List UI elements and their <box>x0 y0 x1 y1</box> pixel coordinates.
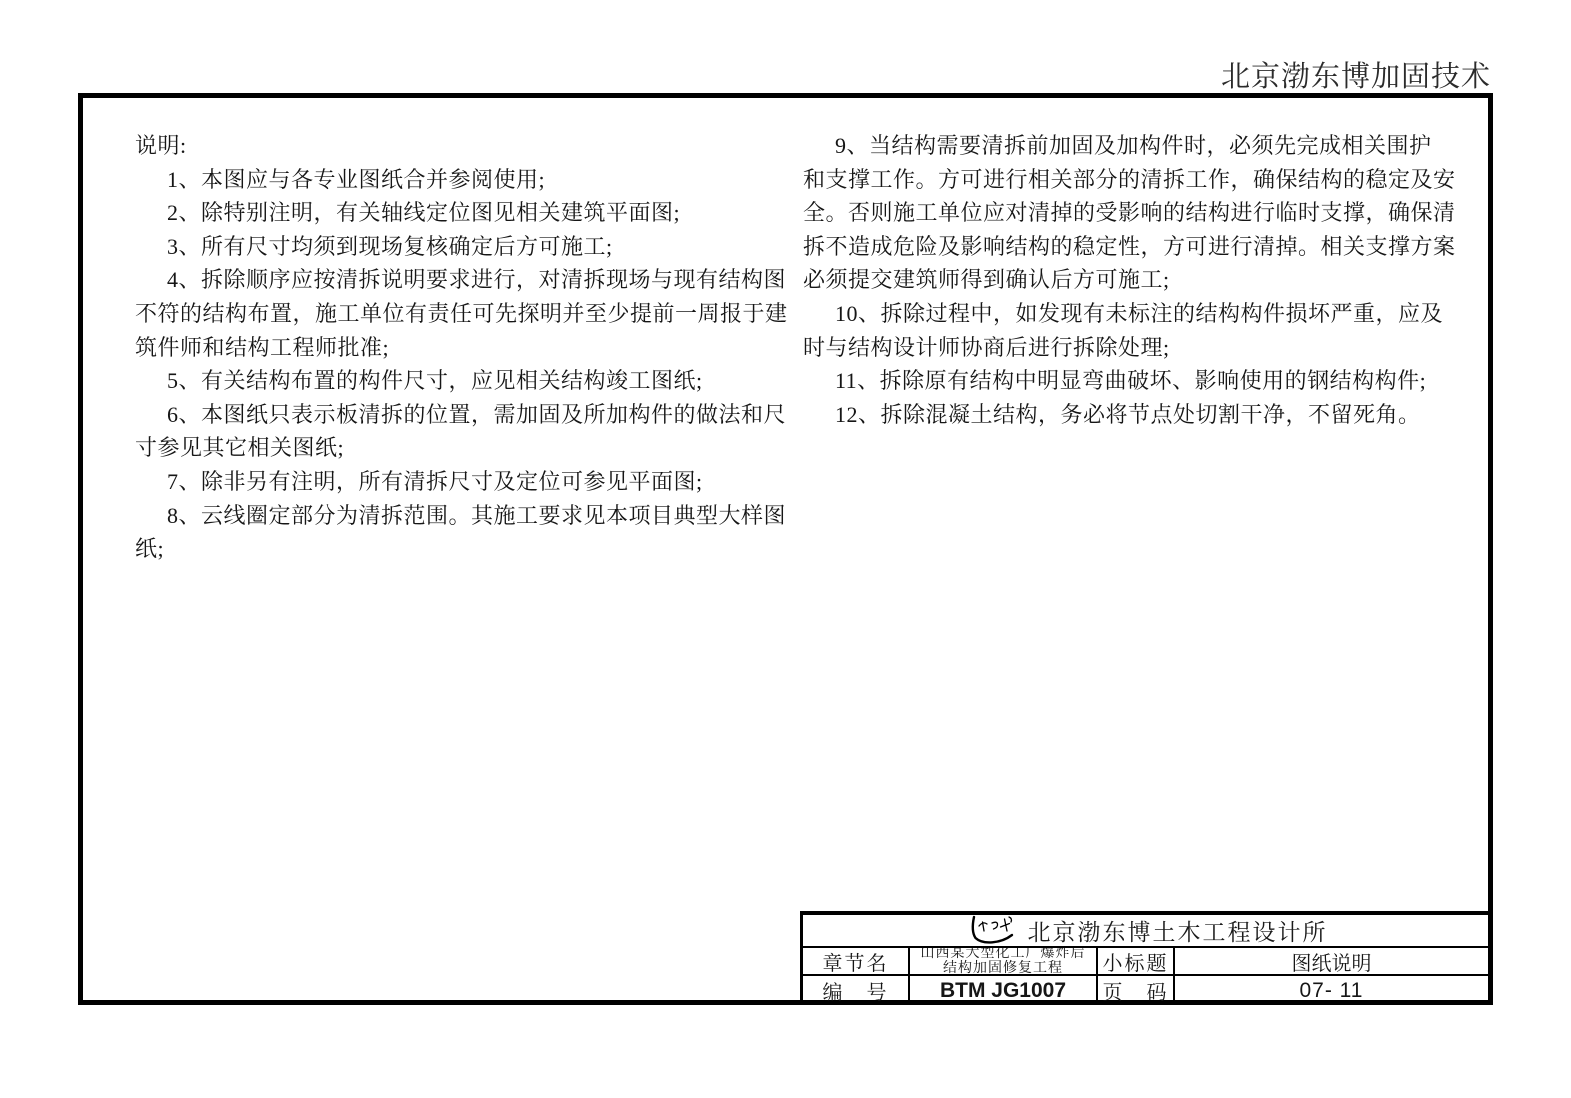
notes-left-column: 说明: 1、本图应与各专业图纸合并参阅使用; 2、除特别注明，有关轴线定位图见相… <box>135 129 775 566</box>
note-line: 筑件师和结构工程师批准; <box>135 331 775 365</box>
company-signature-logo-icon <box>964 915 1018 952</box>
label-subtitle: 小标题 <box>1098 948 1175 976</box>
label-number: 编 号 <box>803 976 910 1005</box>
label-chapter-name: 章节名 <box>803 948 910 976</box>
note-line: 1、本图应与各专业图纸合并参阅使用; <box>135 163 775 197</box>
value-subtitle: 图纸说明 <box>1175 948 1488 976</box>
note-line: 纸; <box>135 532 775 566</box>
note-line: 和支撑工作。方可进行相关部分的清拆工作，确保结构的稳定及安 <box>803 163 1455 197</box>
note-line: 全。否则施工单位应对清掉的受影响的结构进行临时支撑，确保清 <box>803 196 1455 230</box>
note-line: 时与结构设计师协商后进行拆除处理; <box>803 331 1455 365</box>
note-line: 9、当结构需要清拆前加固及加构件时，必须先完成相关围护 <box>803 129 1455 163</box>
note-line: 必须提交建筑师得到确认后方可施工; <box>803 263 1455 297</box>
value-page: 07- 11 <box>1175 976 1488 1005</box>
note-line: 不符的结构布置，施工单位有责任可先探明并至少提前一周报于建 <box>135 297 775 331</box>
note-line: 10、拆除过程中，如发现有未标注的结构构件损坏严重，应及 <box>803 297 1455 331</box>
note-line: 拆不造成危险及影响结构的稳定性，方可进行清掉。相关支撑方案 <box>803 230 1455 264</box>
note-line: 3、所有尺寸均须到现场复核确定后方可施工; <box>135 230 775 264</box>
note-line: 2、除特别注明，有关轴线定位图见相关建筑平面图; <box>135 196 775 230</box>
title-block-grid: 章节名 山西某大型化工厂爆炸后 结构加固修复工程 小标题 图纸说明 编 号 BT… <box>803 948 1488 1005</box>
title-block-header: 北京渤东博土木工程设计所 <box>803 915 1488 948</box>
title-block: 北京渤东博土木工程设计所 章节名 山西某大型化工厂爆炸后 结构加固修复工程 小标… <box>800 911 1488 1000</box>
note-line: 12、拆除混凝土结构，务必将节点处切割干净，不留死角。 <box>803 398 1455 432</box>
note-line: 11、拆除原有结构中明显弯曲破坏、影响使用的钢结构构件; <box>803 364 1455 398</box>
note-line: 5、有关结构布置的构件尺寸，应见相关结构竣工图纸; <box>135 364 775 398</box>
header-brand: 北京渤东博加固技术 <box>1221 54 1491 95</box>
value-number: BTM JG1007 <box>910 976 1098 1005</box>
note-line: 寸参见其它相关图纸; <box>135 431 775 465</box>
value-project-name: 山西某大型化工厂爆炸后 结构加固修复工程 <box>910 948 1098 976</box>
note-line: 8、云线圈定部分为清拆范围。其施工要求见本项目典型大样图 <box>135 499 775 533</box>
note-line: 6、本图纸只表示板清拆的位置，需加固及所加构件的做法和尺 <box>135 398 775 432</box>
note-line: 4、拆除顺序应按清拆说明要求进行，对清拆现场与现有结构图 <box>135 263 775 297</box>
project-name-line2: 结构加固修复工程 <box>943 961 1063 976</box>
notes-title: 说明: <box>135 129 775 163</box>
note-line: 7、除非另有注明，所有清拆尺寸及定位可参见平面图; <box>135 465 775 499</box>
company-name: 北京渤东博土木工程设计所 <box>1028 914 1328 947</box>
drawing-frame: 说明: 1、本图应与各专业图纸合并参阅使用; 2、除特别注明，有关轴线定位图见相… <box>78 93 1493 1005</box>
label-page: 页 码 <box>1098 976 1175 1005</box>
notes-right-column: 9、当结构需要清拆前加固及加构件时，必须先完成相关围护 和支撑工作。方可进行相关… <box>803 129 1455 431</box>
